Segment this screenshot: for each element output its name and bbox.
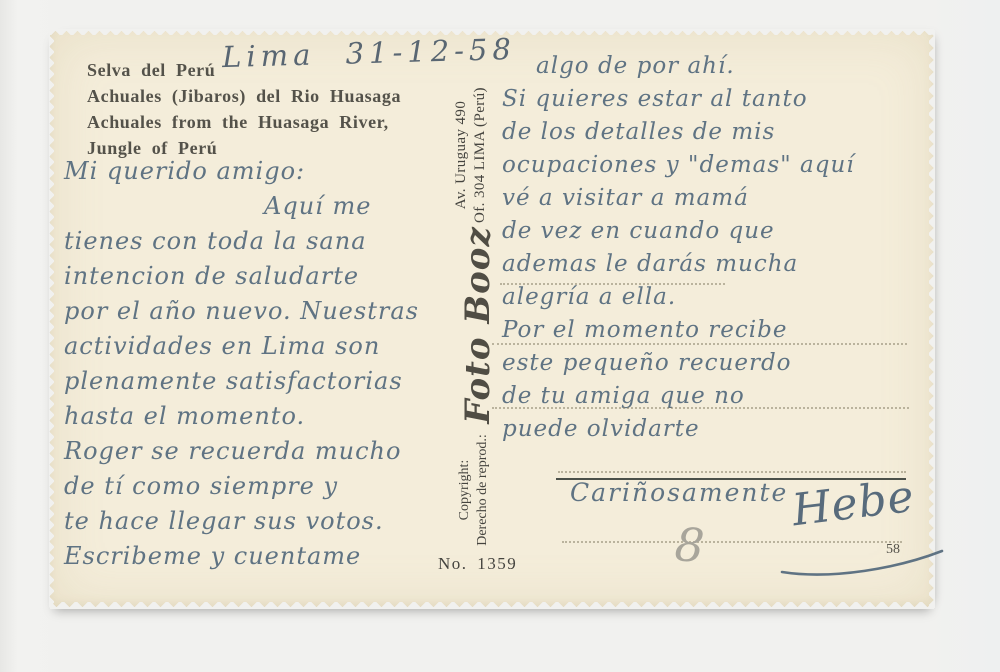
signature: Hebe — [789, 471, 917, 537]
deckle-edge-bottom — [50, 602, 934, 609]
handwritten-line: Aquí me — [64, 189, 419, 224]
message-left-column: Mi querido amigo: Aquí me tienes con tod… — [64, 154, 419, 574]
plate-number: 58 — [886, 542, 900, 558]
handwritten-line: te hace llegar sus votos. — [64, 504, 419, 539]
signature-underline — [778, 548, 948, 578]
handwritten-line: de vez en cuando que — [502, 215, 855, 248]
handwritten-line: ocupaciones y "demas" aquí — [502, 149, 855, 182]
handwritten-line: Escribeme y cuentame — [64, 539, 419, 574]
caption-line: Achuales from the Huasaga River, — [87, 109, 401, 135]
handwritten-line: Mi querido amigo: — [64, 154, 419, 189]
handwritten-line: tienes con toda la sana — [64, 224, 419, 259]
handwritten-line: de tí como siempre y — [64, 469, 419, 504]
address-dotted-line — [562, 541, 902, 543]
handwritten-line: Roger se recuerda mucho — [64, 434, 419, 469]
deckle-edge-left — [49, 30, 54, 608]
postcard-scan: Selva del Perú Achuales (Jibaros) del Ri… — [0, 0, 1000, 672]
card-number: No. 1359 — [438, 554, 517, 574]
handwritten-line: de los detalles de mis — [502, 116, 855, 149]
handwritten-line: intencion de saludarte — [64, 259, 419, 294]
reproduction-label: Derecho de reprod.: — [474, 415, 492, 565]
handwritten-line: Si quieres estar al tanto — [502, 83, 855, 116]
message-right-column: algo de por ahí. Si quieres estar al tan… — [502, 50, 855, 446]
deckle-edge-right — [929, 30, 935, 608]
handwritten-line: este pequeño recuerdo — [502, 347, 855, 380]
caption-line: Achuales (Jibaros) del Rio Huasaga — [87, 83, 401, 109]
address-dotted-line — [492, 343, 907, 345]
copyright-label: Copyright: — [456, 415, 474, 565]
handwritten-line: por el año nuevo. Nuestras — [64, 294, 419, 329]
closing-line: Cariñosamente — [570, 478, 788, 507]
handwritten-line: alegría a ella. — [502, 281, 855, 314]
address-dotted-line — [500, 283, 725, 285]
handwritten-line: actividades en Lima son — [64, 329, 419, 364]
address-solid-line — [556, 478, 906, 480]
foto-booz-logo: Foto Booz — [448, 220, 508, 430]
pencil-mark: 8 — [673, 517, 706, 573]
handwritten-line: algo de por ahí. — [502, 50, 855, 83]
handwritten-line: ademas le darás mucha — [502, 248, 855, 281]
address-dotted-line — [558, 471, 906, 473]
handwritten-line: puede olvidarte — [502, 413, 855, 446]
address-dotted-line — [492, 407, 909, 409]
handwritten-line: hasta el momento. — [64, 399, 419, 434]
copyright-block: Copyright: Derecho de reprod.: — [456, 415, 494, 565]
handwritten-line: vé a visitar a mamá — [502, 182, 855, 215]
postcard-back: Selva del Perú Achuales (Jibaros) del Ri… — [50, 30, 934, 608]
handwritten-line: plenamente satisfactorias — [64, 364, 419, 399]
